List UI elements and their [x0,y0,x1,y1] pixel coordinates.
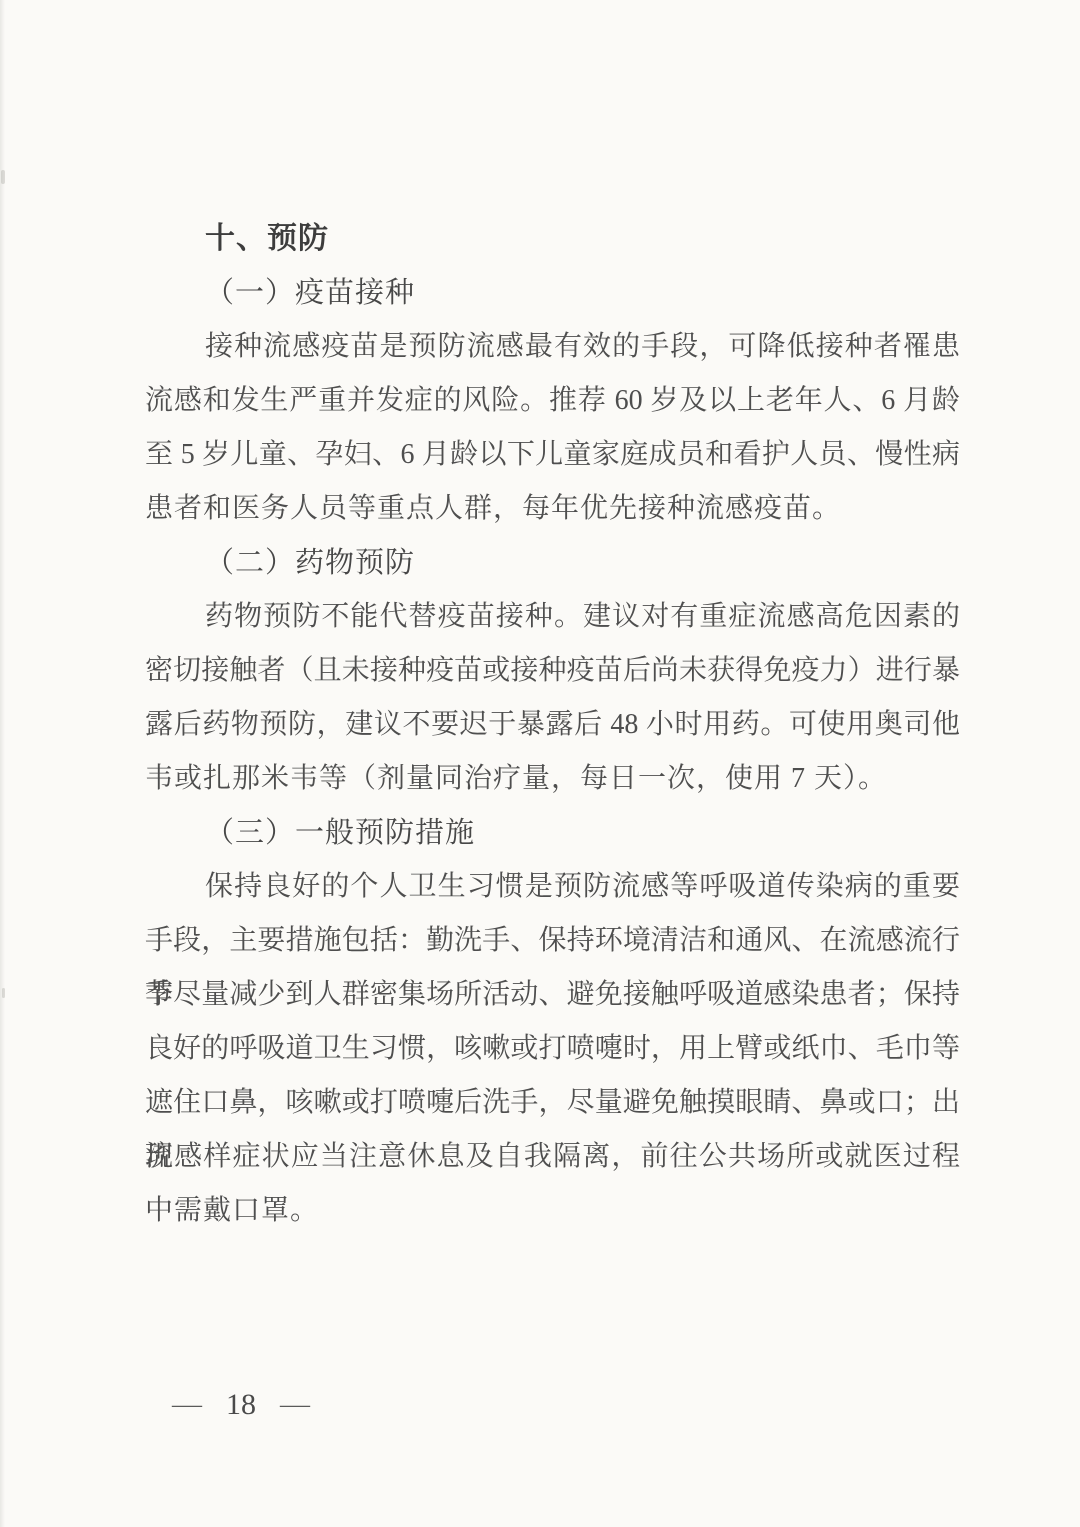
document-page: 十、预防 （一）疫苗接种 接种流感疫苗是预防流感最有效的手段，可降低接种者罹患 … [145,212,960,1238]
body-line: 露后药物预防，建议不要迟于暴露后 48 小时用药。可使用奥司他 [145,698,960,752]
section-heading: 十、预防 [145,212,960,266]
body-line: 流感样症状应当注意休息及自我隔离，前往公共场所或就医过程 [145,1130,960,1184]
body-line: 节尽量减少到人群密集场所活动、避免接触呼吸道感染患者；保持 [145,968,960,1022]
page-number: 18 [226,1385,256,1425]
body-line: 良好的呼吸道卫生习惯，咳嗽或打喷嚏时，用上臂或纸巾、毛巾等 [145,1022,960,1076]
subsection-title-general-measures: （三）一般预防措施 [145,806,960,860]
scan-edge-shadow [0,0,5,1527]
body-line: 保持良好的个人卫生习惯是预防流感等呼吸道传染病的重要 [145,860,960,914]
scan-artifact [1,170,5,184]
subsection-title-vaccination: （一）疫苗接种 [145,266,960,320]
subsection-title-drug-prevention: （二）药物预防 [145,536,960,590]
body-line: 遮住口鼻，咳嗽或打喷嚏后洗手，尽量避免触摸眼睛、鼻或口；出现 [145,1076,960,1130]
body-line: 韦或扎那米韦等（剂量同治疗量，每日一次，使用 7 天）。 [145,752,960,806]
footer-right-dash: — [280,1389,310,1421]
footer-left-dash: — [172,1389,202,1421]
body-line: 中需戴口罩。 [145,1184,960,1238]
body-line: 手段，主要措施包括：勤洗手、保持环境清洁和通风、在流感流行季 [145,914,960,968]
page-footer: — 18 — [172,1385,310,1425]
body-line: 至 5 岁儿童、孕妇、6 月龄以下儿童家庭成员和看护人员、慢性病 [145,428,960,482]
body-line: 患者和医务人员等重点人群，每年优先接种流感疫苗。 [145,482,960,536]
body-line: 流感和发生严重并发症的风险。推荐 60 岁及以上老年人、6 月龄 [145,374,960,428]
body-line: 密切接触者（且未接种疫苗或接种疫苗后尚未获得免疫力）进行暴 [145,644,960,698]
body-line: 接种流感疫苗是预防流感最有效的手段，可降低接种者罹患 [145,320,960,374]
body-line: 药物预防不能代替疫苗接种。建议对有重症流感高危因素的 [145,590,960,644]
scan-artifact [2,988,5,998]
